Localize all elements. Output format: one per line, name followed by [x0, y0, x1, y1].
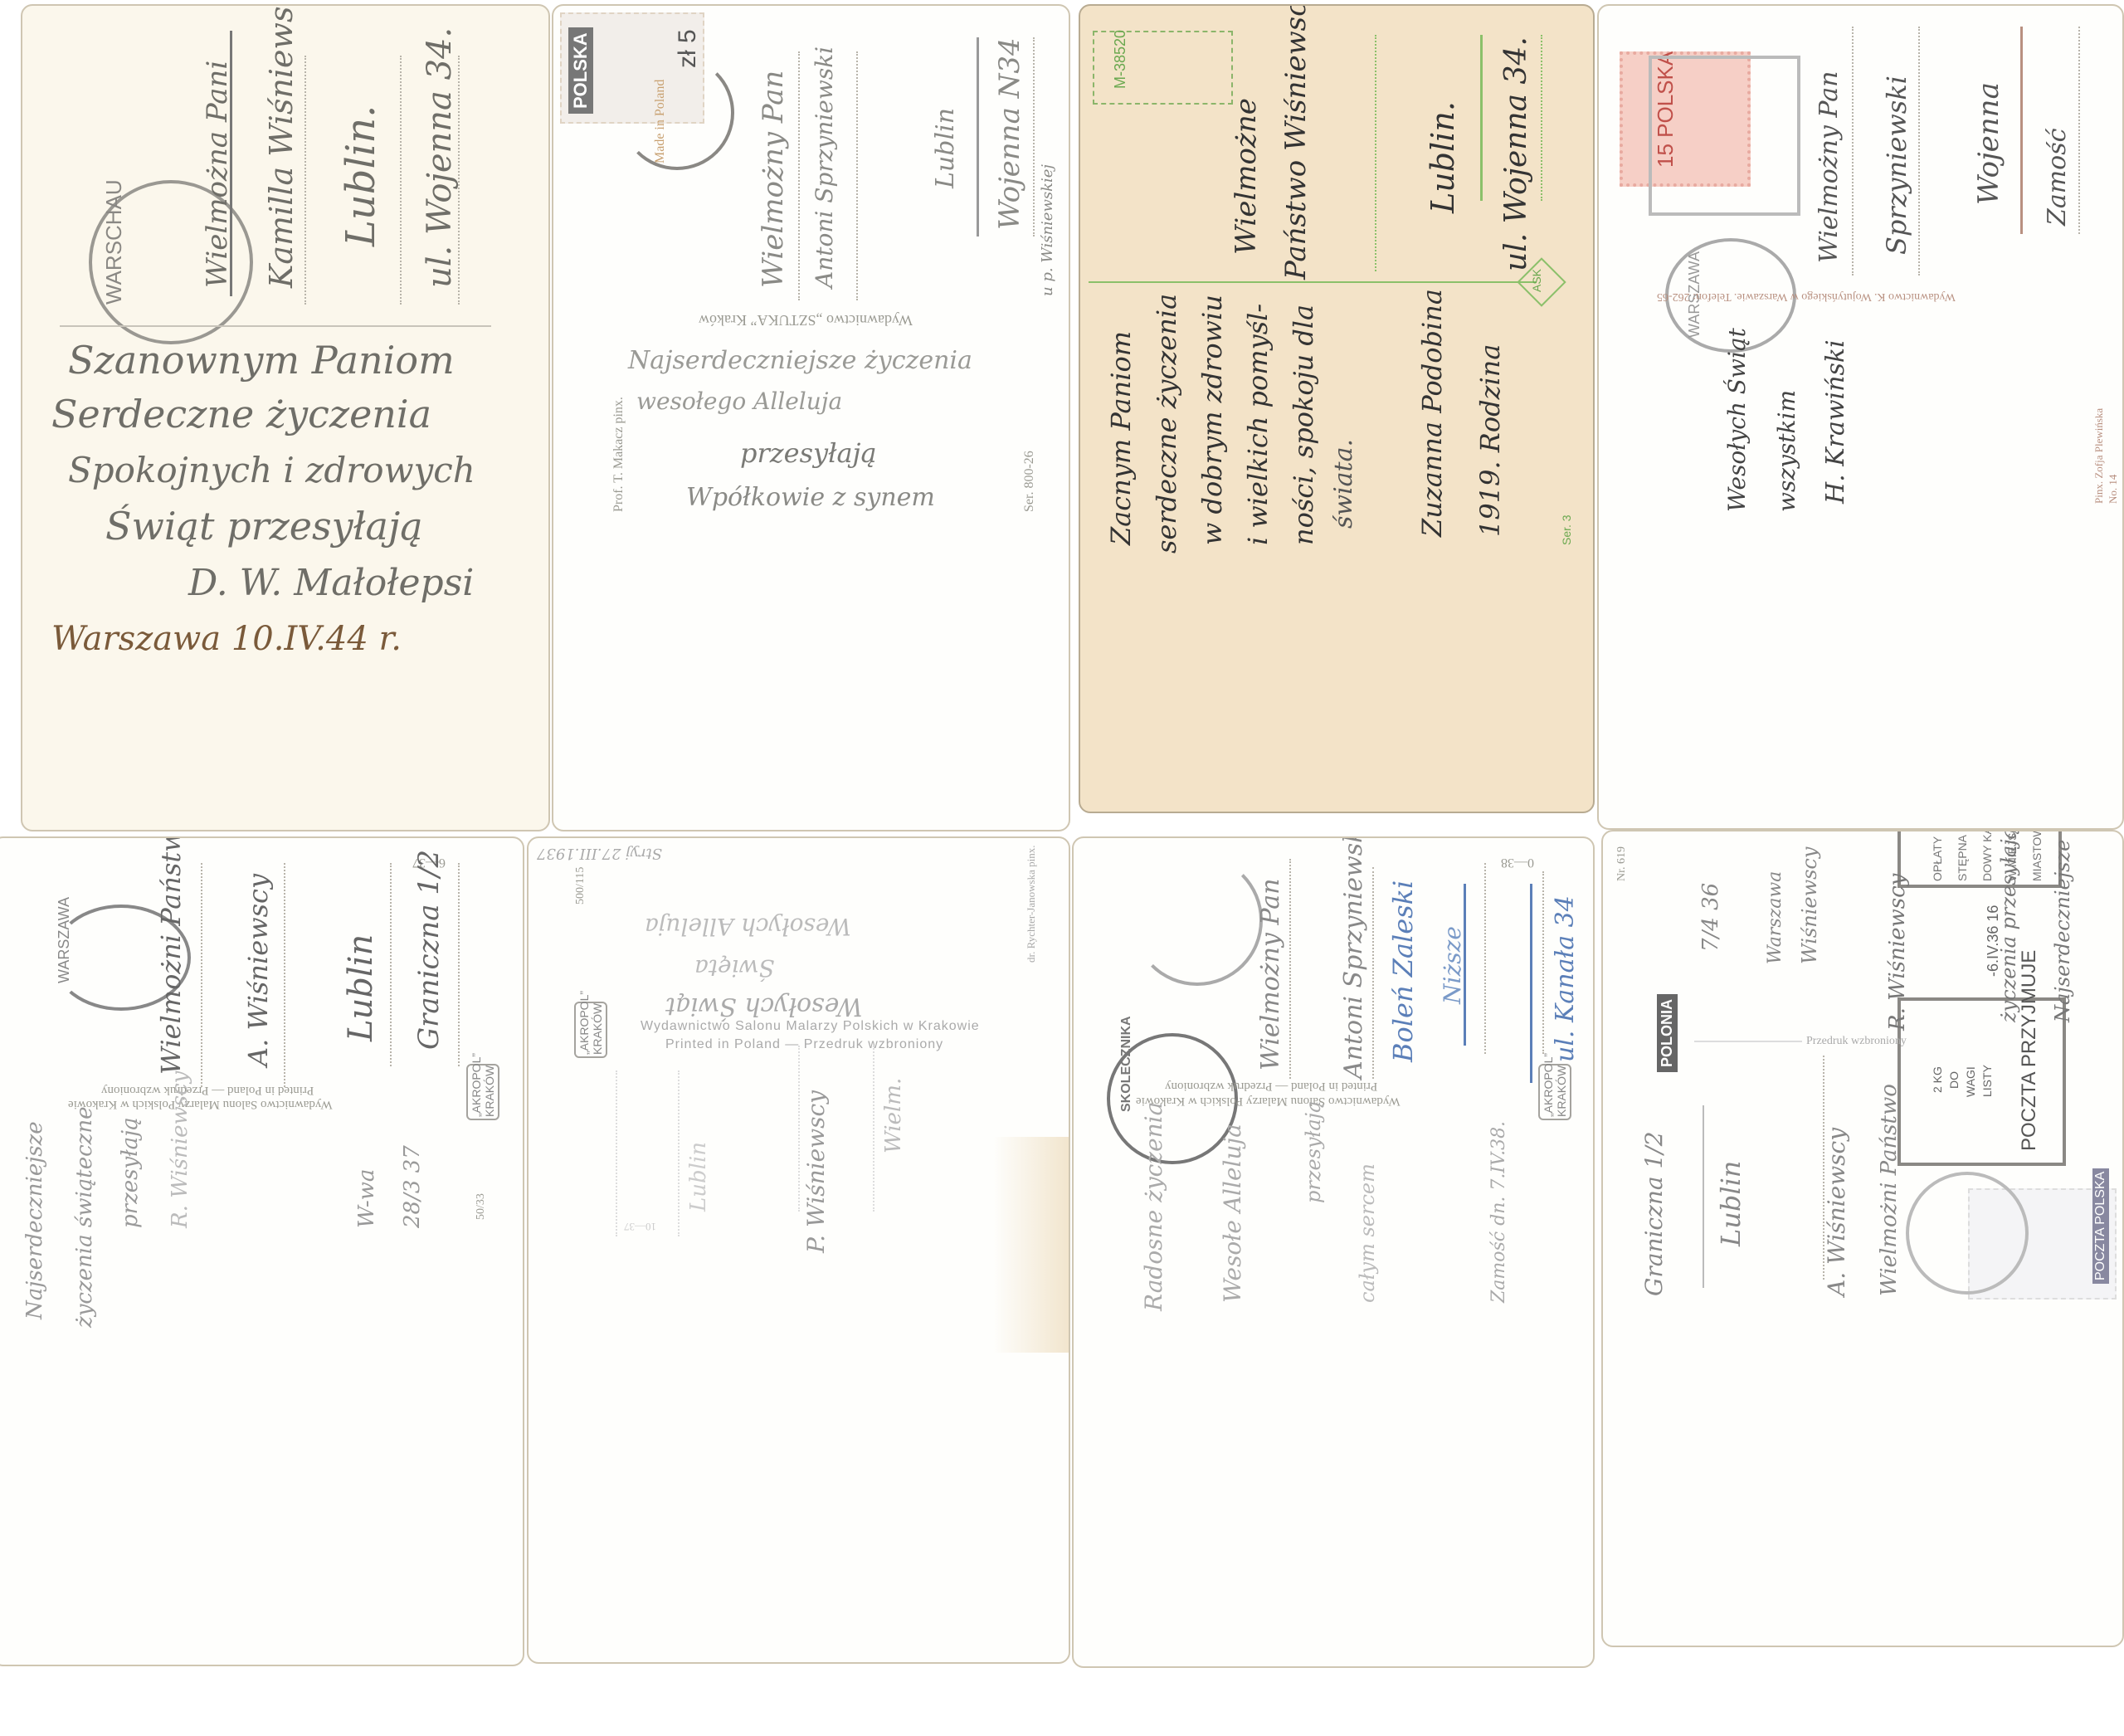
- cancel-sub-1: LISTY: [1980, 1065, 1994, 1097]
- address-line: [2020, 27, 2023, 234]
- address-line-4: Graniczna 1/2: [412, 850, 446, 1050]
- message-line-2: wesołego Alleluja: [636, 388, 842, 415]
- header-note: Stryj 27.III.1937: [537, 845, 662, 862]
- message-line-1: Najserdeczniejsze: [22, 1121, 47, 1319]
- stamp-country: POLSKA: [568, 27, 593, 114]
- address-line: [2078, 27, 2080, 234]
- cancel-line-3: DOWY KAŻ: [1980, 830, 1994, 881]
- postcard-4: 15 POLSKA WARSZAWA Wielmożny Pan Sprzyni…: [1597, 4, 2124, 830]
- message-line-2: Święta: [694, 954, 775, 982]
- stamp-text: POCZTA POLSKA: [2092, 1168, 2109, 1284]
- message-line-3: przesyłają: [740, 437, 877, 469]
- akropol-badge: „AKROPOL” KRAKÓW: [574, 1002, 607, 1058]
- blue-line-3: ul. Kanała 34: [1551, 895, 1580, 1062]
- address-line: [1541, 35, 1542, 201]
- address-line-3: Lublin: [931, 108, 960, 188]
- address-line-3: Lublin: [686, 1142, 711, 1212]
- address-line-2: Sprzyniewski: [1881, 76, 1912, 255]
- message-line-4: Wiśniewscy: [1798, 847, 1821, 964]
- address-line: [1484, 863, 1486, 1054]
- blue-line-2: Niższe: [1439, 926, 1466, 1004]
- card-number: No. 14: [2107, 475, 2120, 504]
- message-line-1: Wesołych Świąt: [1723, 328, 1751, 512]
- address-line-1: Wielmożny Pan: [757, 71, 790, 288]
- address-line-2: A. Wiśniewscy: [1823, 1128, 1850, 1296]
- address-line: [1033, 37, 1035, 237]
- message-line-6: świata.: [1329, 439, 1358, 529]
- address-line: [1372, 867, 1374, 1079]
- message-line-6: 7/4 36: [1698, 883, 1723, 952]
- address-line: [873, 1046, 874, 1212]
- address-line: [201, 863, 202, 1087]
- postcard-7: SKOLECZNIKA 0—38 Wielmożny Pan Antoni Sp…: [1072, 836, 1595, 1668]
- address-line-3: Lublin.: [1425, 101, 1461, 213]
- message-line-1: Szanownym Paniom: [68, 338, 455, 383]
- publisher-line: Wydawnictwo K. Wojutyńskiego w Warszawie…: [1657, 290, 1956, 303]
- postmark-text: SKOLECZNIKA: [1119, 1016, 1134, 1112]
- message-line-4: R. Wiśniewscy: [168, 1071, 192, 1228]
- address-line-1: Wielmożny Pan: [1815, 71, 1844, 263]
- blue-underline: [1530, 884, 1532, 1083]
- address-note: u p. Wiśniewskiej: [1039, 164, 1056, 296]
- address-line: [1703, 1105, 1704, 1288]
- address-line: [1375, 35, 1376, 271]
- message-line-3: H. Krawiński: [1821, 339, 1850, 504]
- publisher-line: Wydawnictwo Salonu Malarzy Polskich w Kr…: [641, 1019, 980, 1034]
- message-line-2: serdeczne życzenia: [1151, 294, 1182, 553]
- postmark-circle-partial: [1132, 855, 1263, 986]
- stain: [993, 1137, 1070, 1353]
- postcard-6: Stryj 27.III.1937 500/115 dr. Rychter-Ja…: [527, 836, 1070, 1664]
- address-line-4: ul. Wojenna 34.: [421, 27, 459, 288]
- artist-note: dr. Rychter-Janowska pinx.: [1025, 846, 1038, 963]
- postcard-8: Nr. 619 MIASTOWE W MIEJSCACH DOWY KAŻ ST…: [1601, 830, 2124, 1647]
- postcard-5: WARSZAWA 6—37 Wielmożni Państwo A. Wiśni…: [0, 836, 524, 1666]
- address-line-2: Antoni Sprzyniewski: [1339, 836, 1368, 1079]
- message-line-4: Wpółkowie z synem: [686, 483, 935, 512]
- card-number: Nr. 619: [1615, 846, 1629, 881]
- message-line-5: D. W. Małołepsi: [188, 562, 474, 604]
- postmark-circle: [620, 56, 734, 170]
- address-line-2: Kamilla Wiśniewska: [263, 4, 300, 288]
- cancel-main-text: POCZTA PRZYJMUJE: [2018, 950, 2041, 1151]
- address-line: [977, 37, 979, 237]
- message-line-4: Świąt przesyłają: [105, 504, 423, 549]
- address-line: [1480, 35, 1483, 201]
- address-line-1: Wielmożna Pani: [201, 61, 234, 288]
- publisher-line: Wydawnictwo „SZTUKA” Kraków: [699, 311, 913, 329]
- cancel-line-4: STĘPNA: [1956, 835, 1969, 881]
- address-line: [458, 863, 460, 1066]
- cancel-sub-3: DO: [1947, 1071, 1961, 1089]
- printed-line: Printed in Poland — Przedruk wzbroniony: [1165, 1079, 1377, 1093]
- series-number: Ser. 3: [1560, 514, 1573, 545]
- address-line: [284, 863, 285, 1087]
- address-line-1: Wielmożni Państwo: [1877, 1084, 1902, 1296]
- message-line-2: życzenia przesyłają: [1997, 830, 2020, 1022]
- message-line-7: Zuzanna Podobina: [1416, 289, 1448, 537]
- series-number: Ser. 800-26: [1022, 451, 1037, 512]
- message-line-1: Wesołych Alleluja: [645, 913, 851, 940]
- divider: [1089, 281, 1537, 283]
- message-line-2: życzenia świąteczne: [72, 1107, 97, 1329]
- divider: [60, 325, 491, 327]
- publisher-line: Wydawnictwo Salonu Malarzy Polskich w Kr…: [68, 1097, 333, 1111]
- address-line: [1289, 859, 1291, 1079]
- address-line-4: ul. Wojenna 34.: [1499, 37, 1533, 271]
- address-line-4: Zamość: [2043, 129, 2072, 226]
- address-line: [400, 56, 402, 305]
- message-line-3: przesyłają: [1302, 1101, 1325, 1203]
- message-line-3: Spokojnych i zdrowych: [68, 450, 475, 490]
- address-line-3: Lublin.: [338, 105, 384, 246]
- address-line-2: A. Wiśniewscy: [242, 874, 274, 1066]
- message-line-2: Serdeczne życzenia: [51, 392, 431, 436]
- date-line: Zamość dn. 7.IV.38.: [1488, 1121, 1509, 1303]
- address-line-1: Wielmożny Pan: [1256, 879, 1285, 1070]
- address-line-3: Lublin: [342, 934, 380, 1041]
- message-line-3: w dobrym zdrowiu: [1196, 295, 1228, 545]
- place-date-2: 28/3 37: [400, 1145, 425, 1228]
- cancel-sub-2: WAGI: [1964, 1066, 1977, 1097]
- message-line-3: Wesołych Świąt: [665, 992, 863, 1021]
- address-line-3: Wojenna: [1972, 82, 2005, 205]
- publisher-line: Wydawnictwo Salonu Malarzy Polskich w Kr…: [1136, 1094, 1401, 1108]
- address-line: [856, 51, 858, 300]
- date-line: Warszawa 10.IV.44 r.: [51, 620, 402, 658]
- address-line: [390, 863, 392, 1066]
- address-line-2: Antoni Sprzyniewski: [811, 46, 838, 288]
- address-line: [798, 51, 800, 300]
- address-line: [1542, 871, 1544, 1054]
- address-line: [616, 1070, 617, 1236]
- message-line-5: Warszawa: [1765, 871, 1785, 964]
- place-date-1: W-wa: [354, 1169, 379, 1228]
- message-line-1: Zacnym Paniom: [1105, 331, 1137, 545]
- address-line-2: Państwo Wiśniewscy: [1279, 4, 1313, 280]
- logo-text: ASK: [1530, 269, 1543, 292]
- message-line-5: ności, spokoju dla: [1288, 305, 1319, 545]
- message-line-2: wszystkim: [1773, 390, 1800, 512]
- artist-credit: Prof. T. Makacz pinx.: [611, 397, 626, 512]
- message-line-8: 1919. Rodzina: [1474, 344, 1506, 537]
- publisher-logo: POLONIA: [1657, 994, 1678, 1072]
- series-top: 0—38: [1501, 855, 1534, 870]
- address-line: [1852, 27, 1854, 276]
- message-line-4: i wielkich pomyśl-: [1242, 304, 1274, 545]
- series-bottom: 50/33: [475, 1193, 488, 1220]
- message-line-1: Najserdeczniejsze: [2051, 840, 2074, 1022]
- postcard-1: WARSCHAU Wielmożna Pani Kamilla Wiśniews…: [21, 4, 550, 831]
- cancel-line-1: MIASTOWE: [2030, 830, 2044, 881]
- message-line-3: R. Wiśniewscy: [1885, 874, 1910, 1031]
- series-bottom: 10—37: [624, 1220, 656, 1233]
- postcard-2: POLSKA zł 5 Made in Poland Wielmożny Pan…: [552, 4, 1070, 831]
- postcard-3: M-38520 ASK Wielmożne Państwo Wiśniewscy…: [1079, 4, 1595, 813]
- printed-line: Printed in Poland — Przedruk wzbroniony: [665, 1037, 943, 1052]
- postmark-text: WARSZAWA: [56, 897, 73, 983]
- artist-credit: Pinx. Zofja Plewińska: [2092, 408, 2106, 504]
- blue-line-1: Boleń Zaleski: [1387, 880, 1419, 1062]
- message-line-3: przesyłają: [118, 1117, 143, 1228]
- cancel-line-5: OPŁATY: [1931, 836, 1944, 881]
- message-line-1: Radosne życzenia: [1140, 1102, 1167, 1311]
- postmark-text: WARSCHAU: [101, 179, 127, 305]
- printed-line: Przedruk wzbroniony: [1806, 1035, 1907, 1048]
- akropol-badge: „AKROPOL” KRAKÓW: [1538, 1064, 1571, 1120]
- postmark-circle: [1906, 1172, 2029, 1295]
- stamp-box-code: M-38520: [1112, 30, 1129, 89]
- message-line-4: całym sercem: [1356, 1163, 1379, 1303]
- series-top: 500/115: [574, 867, 587, 905]
- akropol-badge: „AKROPOL” KRAKÓW: [466, 1064, 499, 1120]
- address-line: [798, 1046, 800, 1212]
- address-line: [678, 1070, 680, 1236]
- cancel-sub-4: 2 KG: [1931, 1066, 1944, 1093]
- address-line: [304, 56, 306, 305]
- address-line-4: Wojenna N34: [993, 37, 1026, 230]
- machine-cancel: [1649, 56, 1800, 216]
- address-line-1: Wielm.: [881, 1078, 906, 1153]
- address-line-4: Graniczna 1/2: [1640, 1131, 1668, 1296]
- printed-line: Printed in Poland — Przedruk wzbroniony: [101, 1083, 314, 1097]
- message-line-2: Wesołe Alleluja: [1219, 1124, 1246, 1303]
- address-line-1: Wielmożni Państwo: [155, 836, 187, 1075]
- divider: [1694, 1041, 1802, 1042]
- address-line-3: Lublin: [1715, 1161, 1746, 1246]
- address-line: [1918, 27, 1920, 276]
- message-line-1: Najserdeczniejsze życzenia: [628, 346, 972, 375]
- address-line-2: P. Wiśniewscy: [802, 1090, 830, 1253]
- address-line-1: Wielmożne: [1230, 98, 1263, 255]
